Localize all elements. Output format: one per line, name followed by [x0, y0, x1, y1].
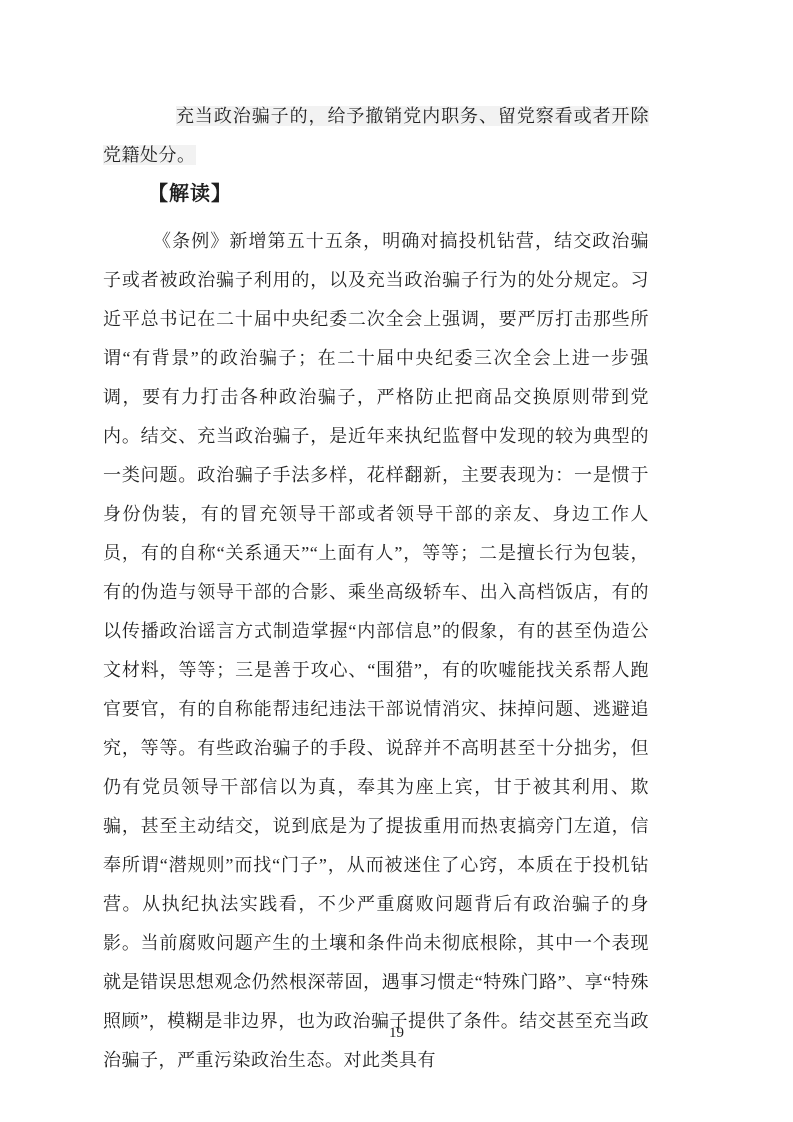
document-page: 充当政治骗子的，给予撤销党内职务、留党察看或者开除党籍处分。 【解读】 《条例》…	[0, 0, 793, 1122]
page-content: 充当政治骗子的，给予撤销党内职务、留党察看或者开除党籍处分。 【解读】 《条例》…	[103, 97, 649, 1080]
interpretation-paragraph: 《条例》新增第五十五条，明确对搞投机钻营，结交政治骗子或者被政治骗子利用的，以及…	[103, 222, 649, 1080]
quoted-provision-highlighted-text: 充当政治骗子的，给予撤销党内职务、留党察看或者开除党籍处分。	[103, 106, 649, 165]
page-number: 19	[0, 1022, 793, 1044]
quoted-provision-paragraph: 充当政治骗子的，给予撤销党内职务、留党察看或者开除党籍处分。	[103, 97, 649, 175]
section-header-interpretation: 【解读】	[103, 175, 649, 214]
